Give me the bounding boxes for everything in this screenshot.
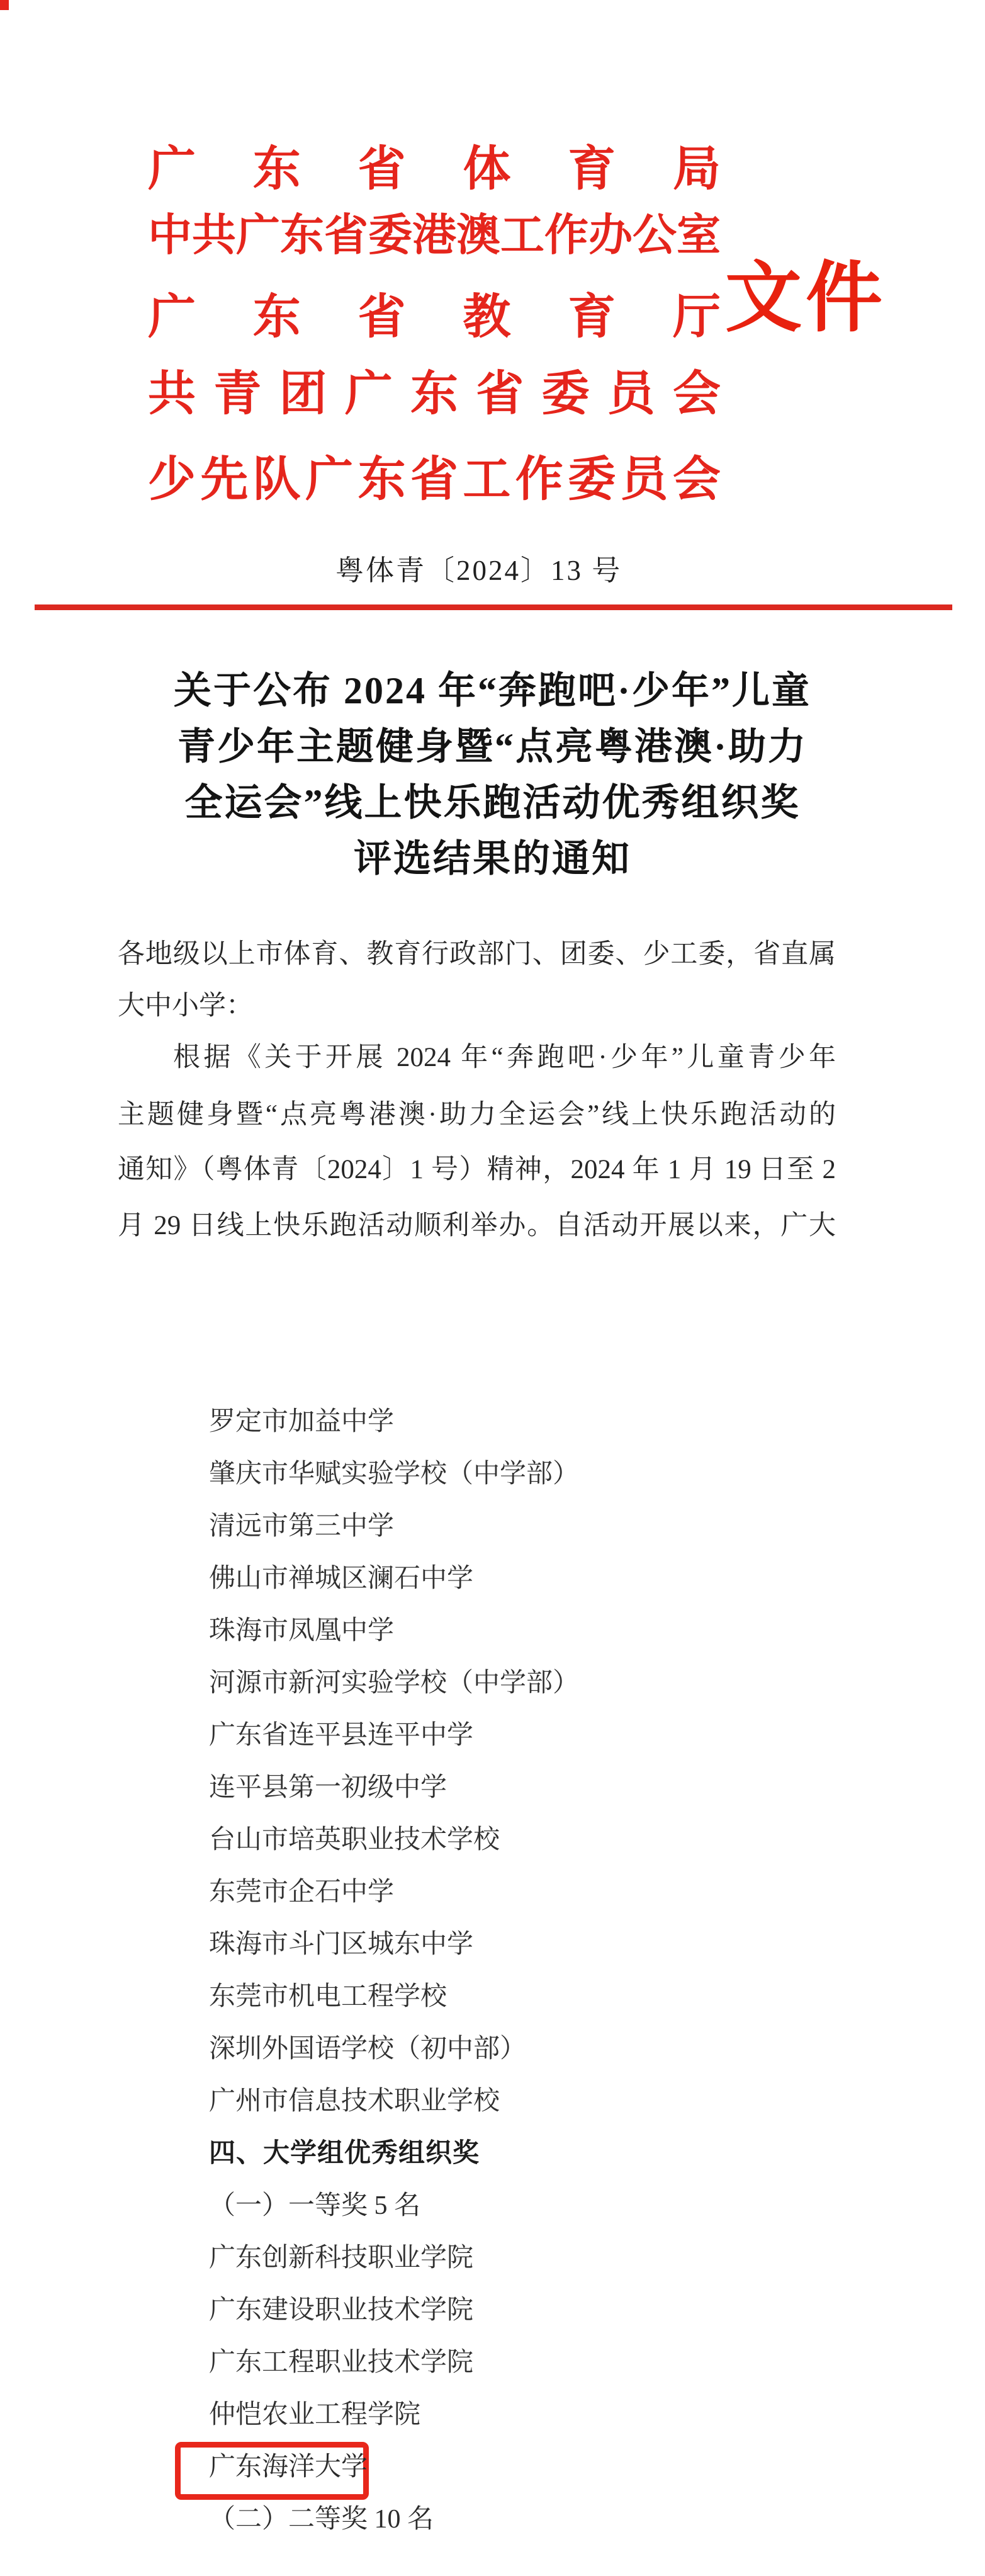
- letterhead-divider: [35, 604, 952, 610]
- letterhead-org-line: 少先队广东省工作委员会: [148, 448, 721, 502]
- list-item: 肇庆市华赋实验学校（中学部）: [209, 1455, 579, 1493]
- document-title: 关于公布 2024 年“奔跑吧·少年”儿童 青少年主题健身暨“点亮粤港澳·助力 …: [0, 663, 985, 887]
- letterhead-org-line: 广东省体育局: [148, 137, 721, 191]
- letterhead-org-line: 广东省教育厅: [148, 285, 721, 339]
- list-item: 广东省连平县连平中学: [209, 1716, 473, 1754]
- salutation-line: 大中小学：: [118, 987, 836, 1025]
- scanned-official-document: 广东省体育局 中共广东省委港澳工作办公室 广东省教育厅 共青团广东省委员会 少先…: [0, 0, 985, 2576]
- list-item: 仲恺农业工程学院: [209, 2396, 420, 2434]
- title-line: 关于公布 2024 年“奔跑吧·少年”儿童: [0, 663, 985, 719]
- list-item: 珠海市凤凰中学: [209, 1612, 394, 1650]
- title-line: 全运会”线上快乐跑活动优秀组织奖: [0, 775, 985, 831]
- paragraph-line: 根据《关于开展 2024 年“奔跑吧·少年”儿童青少年: [118, 1039, 836, 1077]
- list-item: （一）一等奖 5 名: [209, 2187, 420, 2225]
- paragraph-line: 主题健身暨“点亮粤港澳·助力全运会”线上快乐跑活动的: [118, 1096, 836, 1134]
- list-item: 珠海市斗门区城东中学: [209, 1926, 473, 1963]
- list-item: 罗定市加益中学: [209, 1403, 394, 1441]
- list-item: 广州市信息技术职业学校: [209, 2082, 500, 2120]
- list-item: 广东建设职业技术学院: [209, 2291, 473, 2329]
- title-line: 青少年主题健身暨“点亮粤港澳·助力: [0, 719, 985, 775]
- list-item: 清远市第三中学: [209, 1507, 394, 1545]
- list-item: 广东海洋大学: [209, 2448, 368, 2486]
- doc-type-label: 文件: [725, 255, 886, 343]
- list-item: 佛山市禅城区澜石中学: [209, 1560, 473, 1597]
- list-item: 四、大学组优秀组织奖: [209, 2135, 480, 2172]
- letterhead-org-line: 共青团广东省委员会: [148, 362, 721, 416]
- list-item: 台山市培英职业技术学校: [209, 1821, 500, 1859]
- list-item: 广东工程职业技术学院: [209, 2344, 473, 2381]
- doc-number: 粤体青〔2024〕13 号: [335, 553, 622, 588]
- list-item: 连平县第一初级中学: [209, 1769, 447, 1807]
- scan-corner-artifact: [0, 0, 9, 10]
- list-item: 东莞市企石中学: [209, 1873, 394, 1911]
- list-item: 河源市新河实验学校（中学部）: [209, 1664, 579, 1702]
- paragraph-line: 月 29 日线上快乐跑活动顺利举办。自活动开展以来，广大: [118, 1207, 836, 1245]
- letterhead-org-line: 中共广东省委港澳工作办公室: [148, 206, 721, 256]
- paragraph-line: 通知》（粤体青〔2024〕1 号）精神，2024 年 1 月 19 日至 2: [118, 1151, 836, 1189]
- salutation-line: 各地级以上市体育、教育行政部门、团委、少工委，省直属: [118, 936, 836, 973]
- list-item: （二）二等奖 10 名: [209, 2500, 434, 2538]
- title-line: 评选结果的通知: [0, 831, 985, 887]
- list-item: 东莞市机电工程学校: [209, 1978, 447, 2016]
- list-item: 广东创新科技职业学院: [209, 2239, 473, 2277]
- list-item: 深圳外国语学校（初中部）: [209, 2030, 526, 2068]
